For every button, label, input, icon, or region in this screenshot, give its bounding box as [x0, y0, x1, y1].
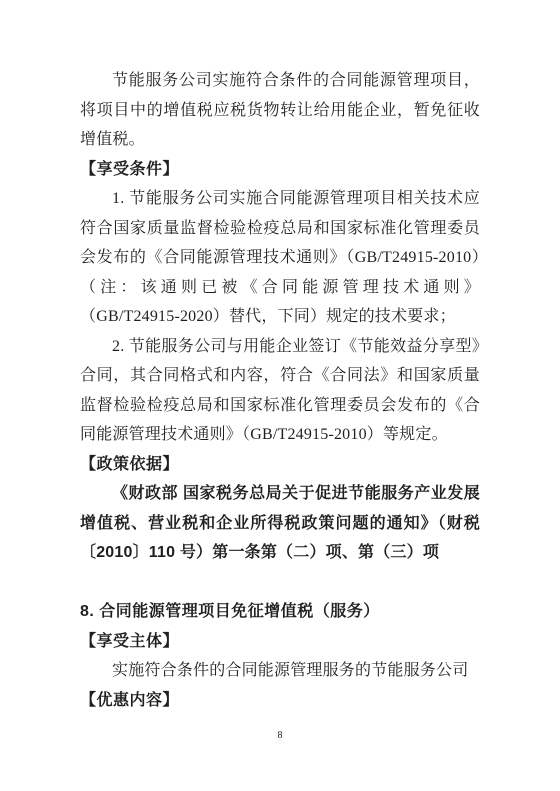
item-8-heading: 8. 合同能源管理项目免征增值税（服务）: [80, 597, 480, 627]
section-header-policy-basis: 【政策依据】: [80, 450, 480, 480]
paragraph-policy-citation: 《财政部 国家税务总局关于促进节能服务产业发展增值税、营业税和企业所得税政策问题…: [80, 479, 480, 568]
section-header-eligibility-conditions: 【享受条件】: [80, 155, 480, 185]
paragraph-eligible-entity: 实施符合条件的合同能源管理服务的节能服务公司: [80, 656, 480, 686]
paragraph-condition-1: 1. 节能服务公司实施合同能源管理项目相关技术应符合国家质量监督检验检疫总局和国…: [80, 184, 480, 332]
paragraph-vat-exemption-intro: 节能服务公司实施符合条件的合同能源管理项目，将项目中的增值税应税货物转让给用能企…: [80, 66, 480, 155]
paragraph-condition-2: 2. 节能服务公司与用能企业签订《节能效益分享型》合同，其合同格式和内容，符合《…: [80, 332, 480, 450]
page-number: 8: [0, 730, 560, 741]
document-page: 节能服务公司实施符合条件的合同能源管理项目，将项目中的增值税应税货物转让给用能企…: [0, 0, 560, 791]
document-content: 节能服务公司实施符合条件的合同能源管理项目，将项目中的增值税应税货物转让给用能企…: [80, 66, 480, 715]
section-header-benefit-content: 【优惠内容】: [80, 686, 480, 716]
section-header-eligible-entities: 【享受主体】: [80, 627, 480, 657]
